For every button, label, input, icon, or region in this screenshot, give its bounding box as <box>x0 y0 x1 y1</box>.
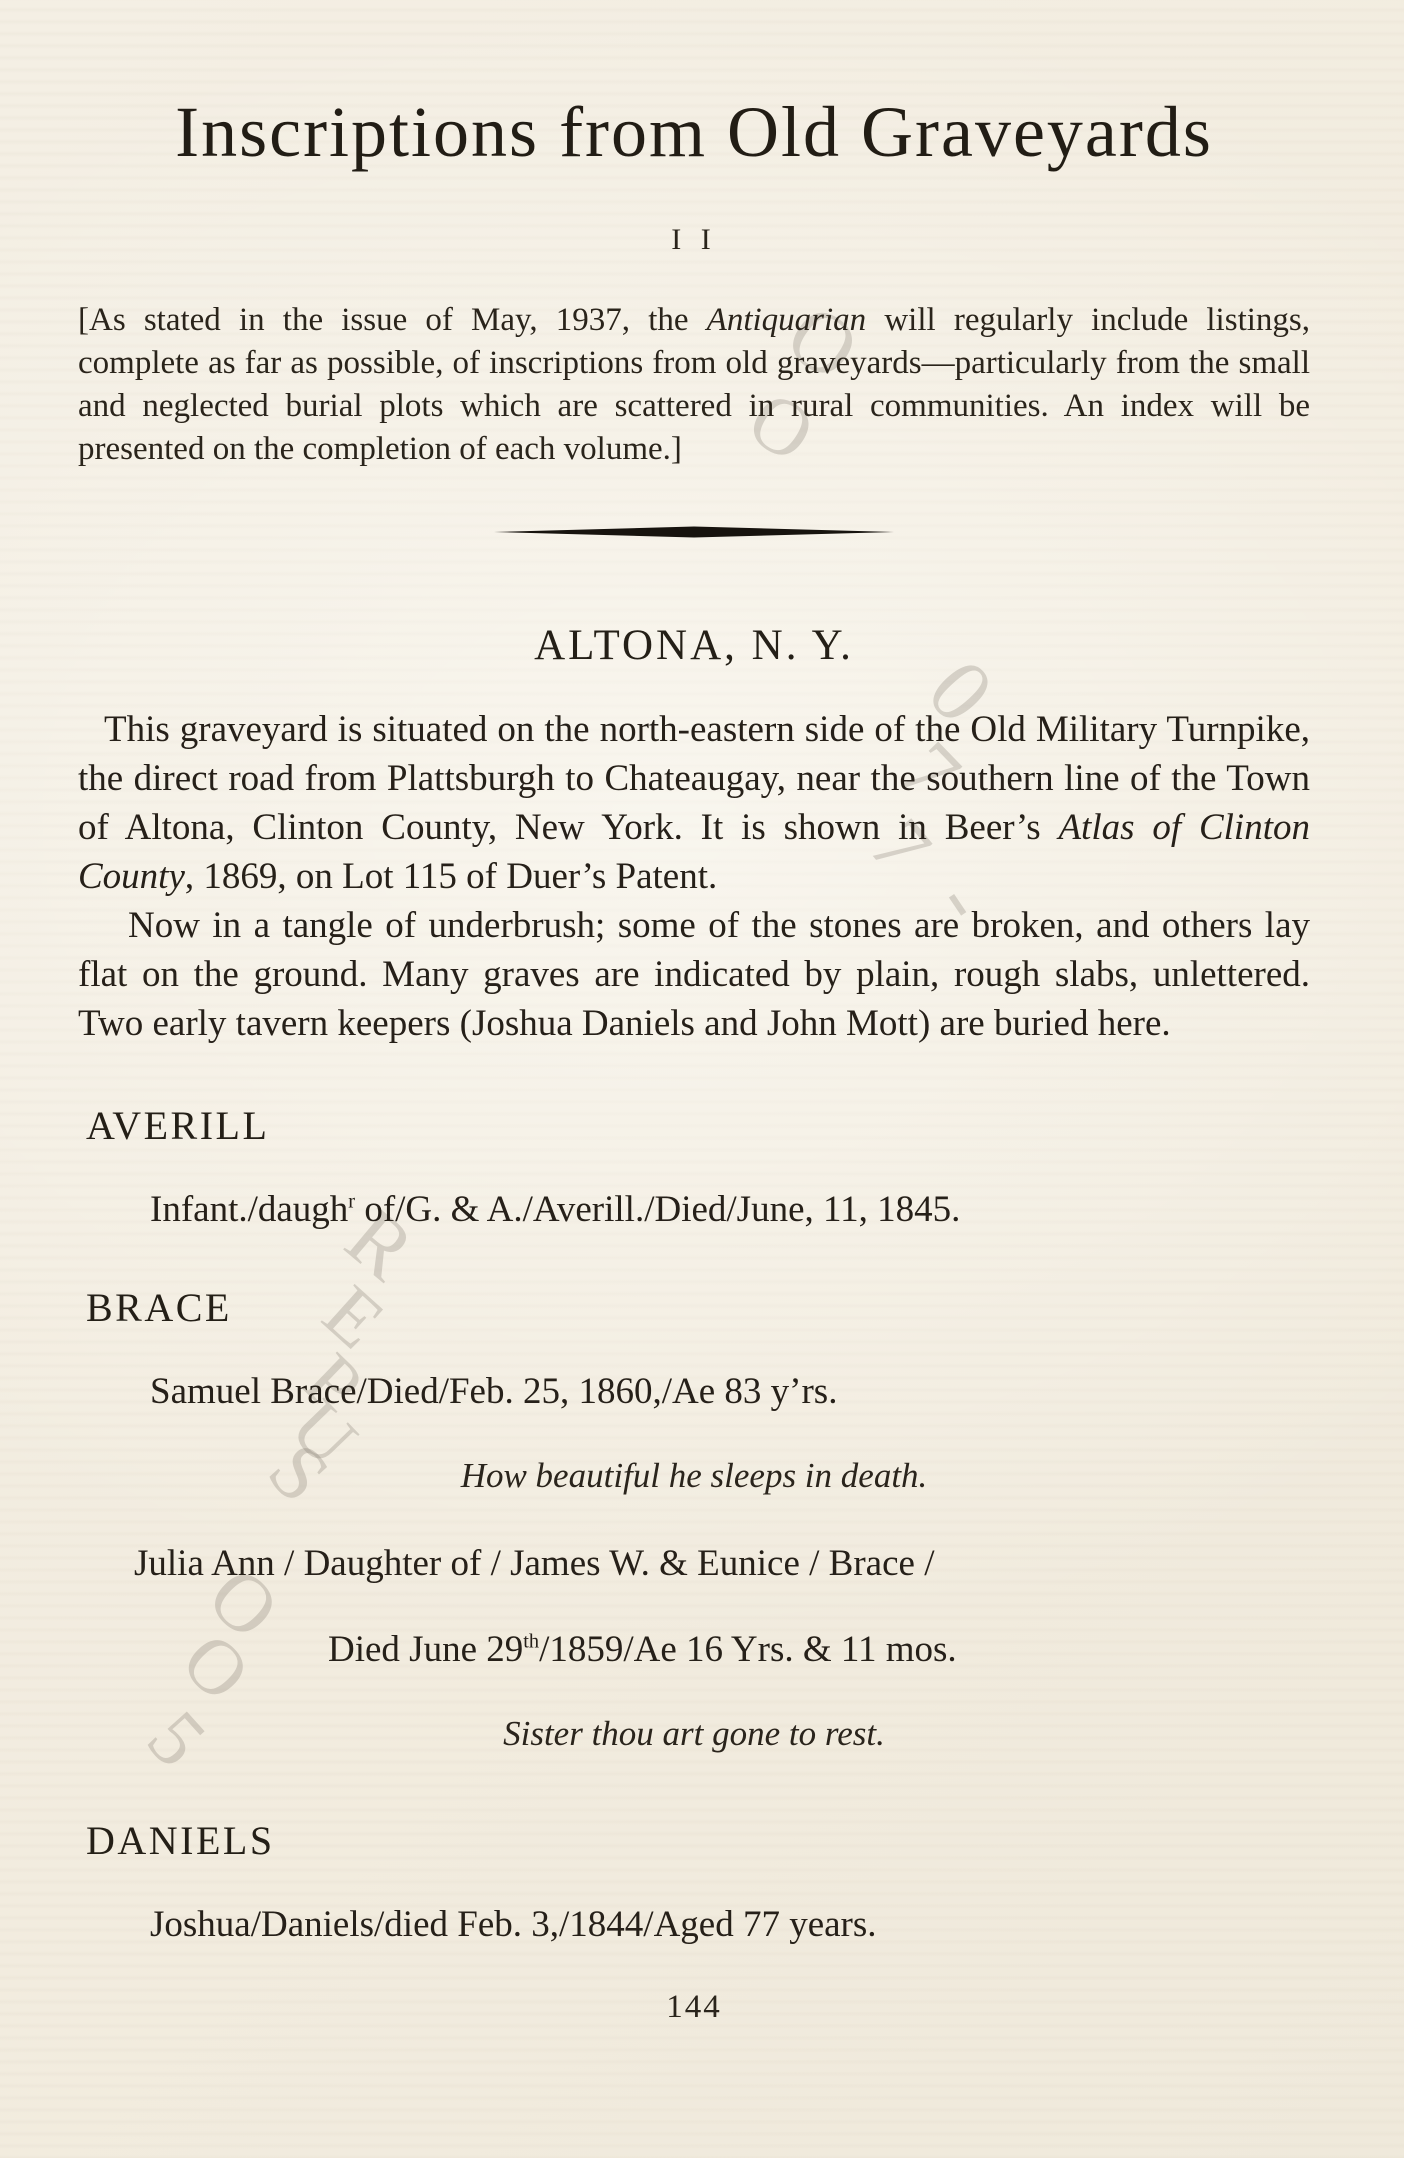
epitaph-line-julia-ann: Sister thou art gone to rest. <box>78 1711 1310 1757</box>
inscription-line-joshua-daniels: Joshua/Daniels/died Feb. 3,/1844/Aged 77… <box>78 1900 1310 1949</box>
inscription-line-samuel-brace: Samuel Brace/Died/Feb. 25, 1860,/Ae 83 y… <box>78 1367 1310 1416</box>
inscription-line-julia-ann-2: Died June 29th/1859/Ae 16 Yrs. & 11 mos. <box>78 1625 1310 1674</box>
editorial-note-journal-name: Antiquarian <box>707 302 867 338</box>
graveyard-description-paragraph-1: This graveyard is situated on the north-… <box>78 705 1310 901</box>
location-heading: ALTONA, N. Y. <box>78 621 1310 670</box>
swelled-rule-divider <box>494 525 894 539</box>
surname-heading-brace: BRACE <box>86 1284 1310 1331</box>
para1-text-after: , 1869, on Lot 115 of Duer’s Patent. <box>185 856 717 897</box>
section-number: I I <box>78 223 1310 257</box>
inscription-line-averill: Infant./daughr of/G. & A./Averill./Died/… <box>78 1185 1310 1234</box>
averill-inscription-before: Infant./daugh <box>150 1189 348 1230</box>
editorial-note-text-before: [As stated in the issue of May, 1937, th… <box>78 302 707 338</box>
page-title: Inscriptions from Old Graveyards <box>78 92 1310 173</box>
julia-line2-after: /1859/Ae 16 Yrs. & 11 mos. <box>539 1629 957 1670</box>
page-number: 144 <box>78 1989 1310 2026</box>
julia-superscript: th <box>523 1631 539 1653</box>
editorial-note: [As stated in the issue of May, 1937, th… <box>78 299 1310 471</box>
surname-heading-daniels: DANIELS <box>86 1817 1310 1864</box>
scanned-book-page: OO077-REPUSOO5 Inscriptions from Old Gra… <box>0 0 1404 2158</box>
page-content: Inscriptions from Old Graveyards I I [As… <box>0 92 1404 2026</box>
graveyard-description-paragraph-2: Now in a tangle of underbrush; some of t… <box>78 901 1310 1048</box>
julia-line2-before: Died June 29 <box>328 1629 523 1670</box>
averill-inscription-after: of/G. & A./Averill./Died/June, 11, 1845. <box>355 1189 960 1230</box>
inscription-line-julia-ann-1: Julia Ann / Daughter of / James W. & Eun… <box>78 1539 1310 1588</box>
surname-heading-averill: AVERILL <box>86 1102 1310 1149</box>
epitaph-line-samuel-brace: How beautiful he sleeps in death. <box>78 1453 1310 1499</box>
